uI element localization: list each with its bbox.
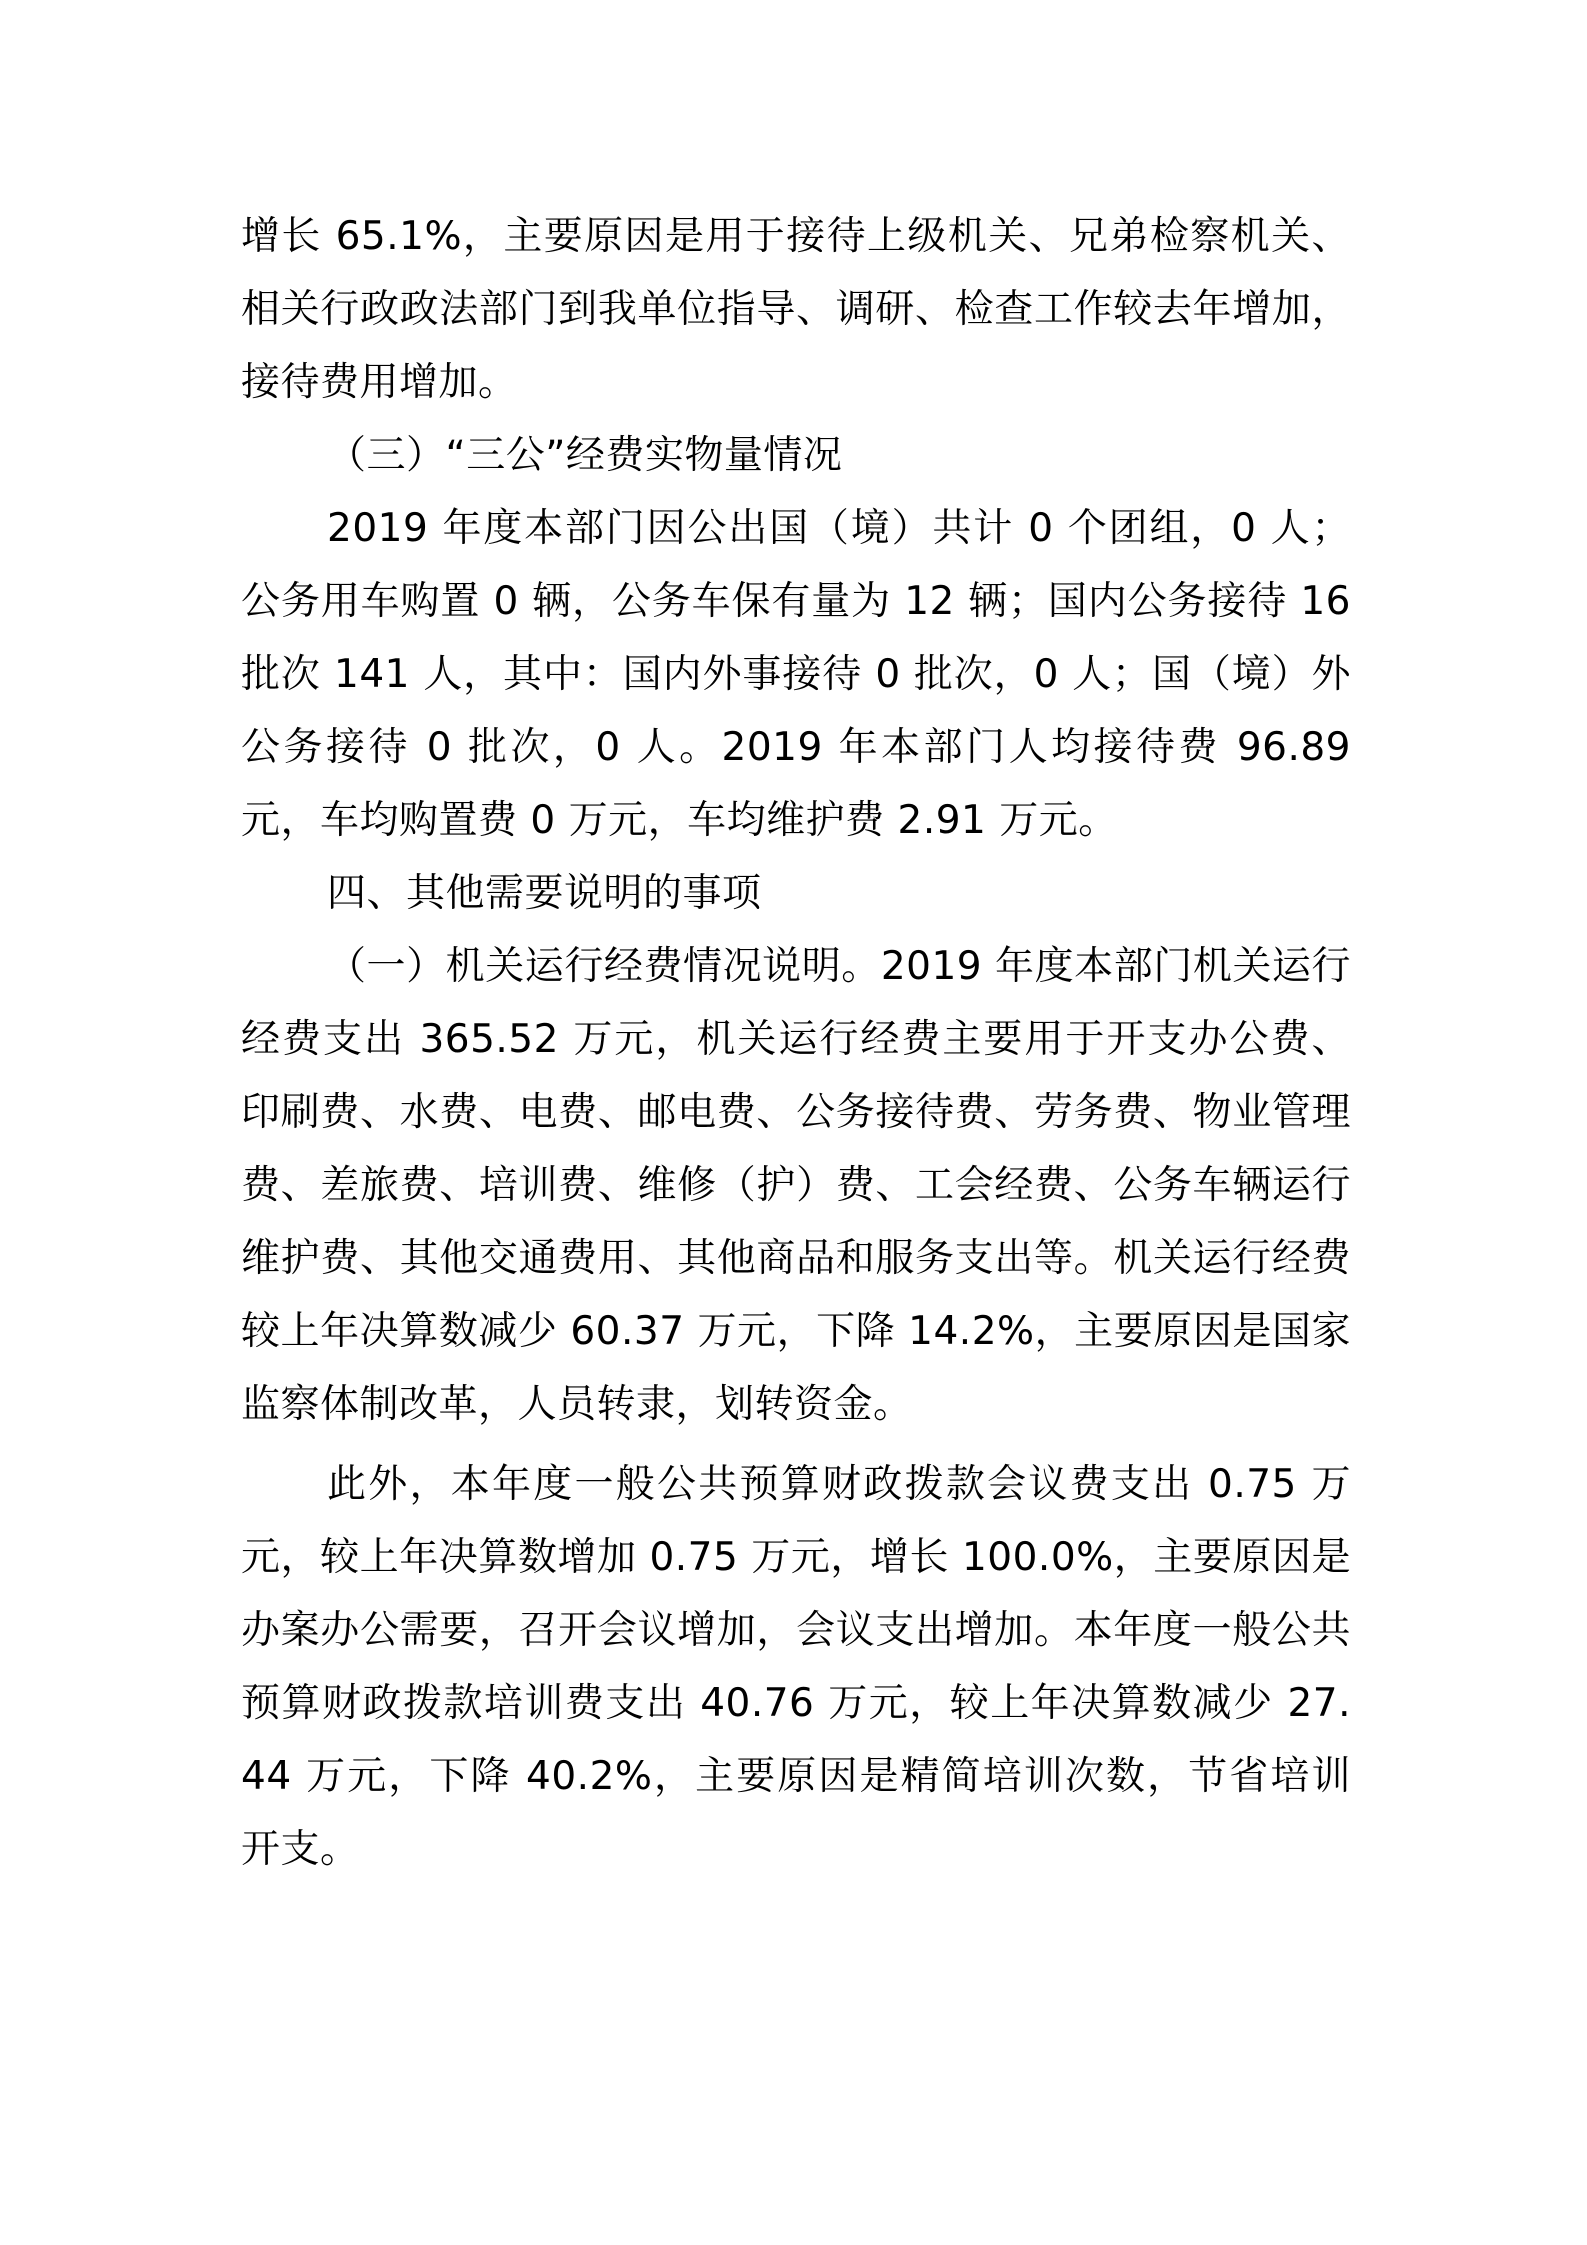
document-page: 增长 65.1%，主要原因是用于接待上级机关、兄弟检察机关、相关行政政法部门到我… — [241, 200, 1351, 1886]
paragraph-meeting-training-expenses: 此外，本年度一般公共预算财政拨款会议费支出 0.75 万元，较上年决算数增加 0… — [241, 1448, 1351, 1886]
subheading-three-public-physical-quantity: （三）“三公”经费实物量情况 — [241, 419, 1351, 492]
paragraph-physical-quantity-details: 2019 年度本部门因公出国（境）共计 0 个团组，0 人；公务用车购置 0 辆… — [241, 492, 1351, 857]
paragraph-operating-expenses: （一）机关运行经费情况说明。2019 年度本部门机关运行经费支出 365.52 … — [241, 930, 1351, 1441]
section-heading-other-matters: 四、其他需要说明的事项 — [241, 857, 1351, 930]
paragraph-reception-increase-reason: 增长 65.1%，主要原因是用于接待上级机关、兄弟检察机关、相关行政政法部门到我… — [241, 200, 1351, 419]
